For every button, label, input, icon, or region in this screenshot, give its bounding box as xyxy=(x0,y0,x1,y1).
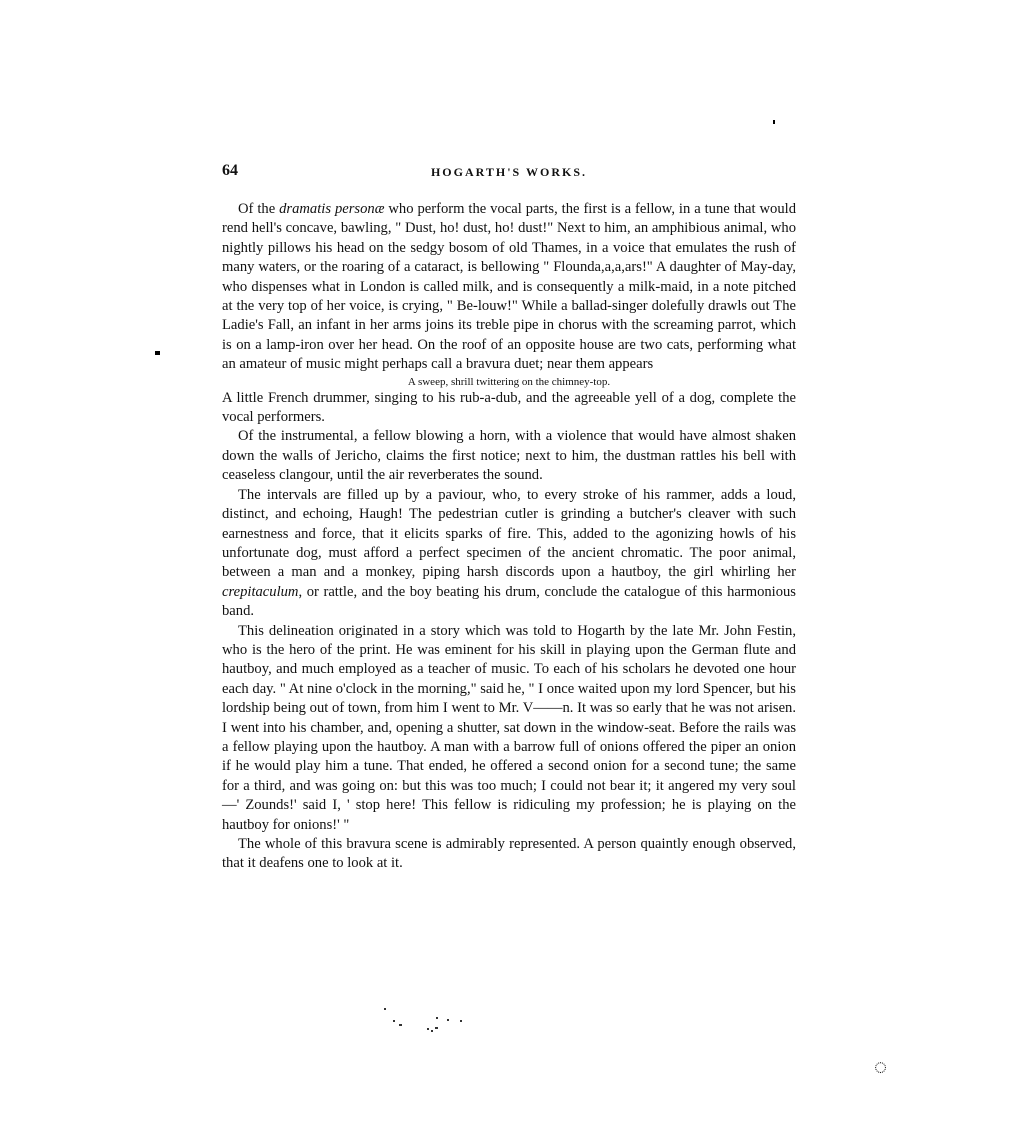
italic-term: dramatis personæ xyxy=(279,201,384,217)
text-run: The intervals are filled up by a paviour… xyxy=(222,487,796,581)
paragraph-2: A little French drummer, singing to his … xyxy=(222,389,796,428)
paragraph-4: The intervals are filled up by a paviour… xyxy=(222,486,796,622)
text-run: , or rattle, and the boy beating his dru… xyxy=(222,584,796,619)
scan-artifact-glyph: ◌ xyxy=(874,1054,887,1080)
paragraph-1: Of the dramatis personæ who perform the … xyxy=(222,200,796,375)
paragraph-3: Of the instrumental, a fellow blowing a … xyxy=(222,427,796,485)
paragraph-6: The whole of this bravura scene is admir… xyxy=(222,835,796,874)
scan-speck-margin xyxy=(155,351,160,355)
verse-caption: A sweep, shrill twittering on the chimne… xyxy=(222,375,796,389)
text-run: who perform the vocal parts, the first i… xyxy=(222,201,796,372)
book-page: 64 HOGARTH'S WORKS. Of the dramatis pers… xyxy=(0,0,1012,1140)
paragraph-5: This delineation originated in a story w… xyxy=(222,622,796,835)
page-header: 64 HOGARTH'S WORKS. xyxy=(222,162,796,182)
scan-speck-top xyxy=(773,120,775,124)
page-body: Of the dramatis personæ who perform the … xyxy=(222,200,796,874)
text-run: Of the xyxy=(238,201,279,217)
italic-term: crepitaculum xyxy=(222,584,298,600)
running-title: HOGARTH'S WORKS. xyxy=(222,165,796,180)
